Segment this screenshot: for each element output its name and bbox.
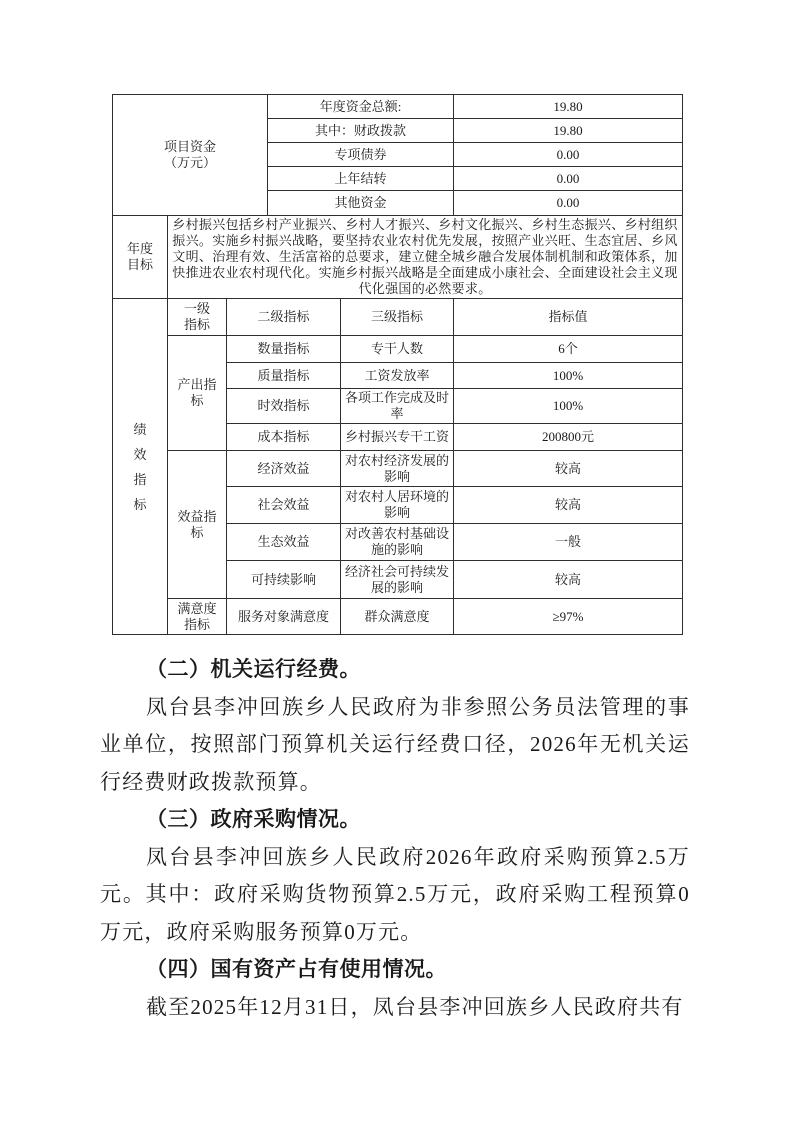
fund-item-value: 0.00 [454, 143, 683, 167]
section-heading-3: （三）政府采购情况。 [100, 801, 690, 839]
performance-label: 绩效指标 [113, 299, 168, 635]
l3-indicator: 对改善农村基础设施的影响 [341, 524, 454, 561]
section-heading-4: （四）国有资产占有使用情况。 [100, 951, 690, 989]
group-label-benefit: 效益指标 [168, 451, 227, 599]
l3-indicator: 专干人数 [341, 336, 454, 363]
document-page: 项目资金 （万元） 年度资金总额: 19.80 其中：财政拨款 19.80 专项… [0, 0, 793, 1122]
perf-header-row: 绩效指标 一级指标 二级指标 三级指标 指标值 [113, 299, 683, 336]
budget-performance-table: 项目资金 （万元） 年度资金总额: 19.80 其中：财政拨款 19.80 专项… [112, 94, 683, 635]
annual-goal-row: 年度目标 乡村振兴包括乡村产业振兴、乡村人才振兴、乡村文化振兴、乡村生态振兴、乡… [113, 216, 683, 299]
fund-item-value: 0.00 [454, 191, 683, 216]
fund-item-label: 专项债券 [268, 143, 454, 167]
project-funds-label: 项目资金 （万元） [113, 95, 268, 216]
l3-indicator: 乡村振兴专干工资 [341, 424, 454, 451]
indicator-value: 200800元 [454, 424, 683, 451]
document-body: （二）机关运行经费。 凤台县李冲回族乡人民政府为非参照公务员法管理的事业单位，按… [100, 651, 690, 1026]
indicator-value: 较高 [454, 487, 683, 524]
indicator-value: ≥97% [454, 599, 683, 635]
header-l1: 一级指标 [168, 299, 227, 336]
fund-item-value: 19.80 [454, 119, 683, 143]
fund-item-label: 上年结转 [268, 167, 454, 191]
l3-indicator: 对农村经济发展的影响 [341, 451, 454, 487]
section-paragraph-4: 截至2025年12月31日，凤台县李冲回族乡人民政府共有 [100, 989, 690, 1027]
l3-indicator: 工资发放率 [341, 363, 454, 389]
l2-indicator: 可持续影响 [227, 561, 341, 599]
fund-item-value: 19.80 [454, 95, 683, 119]
group-label-output: 产出指标 [168, 336, 227, 451]
section-paragraph-2: 凤台县李冲回族乡人民政府为非参照公务员法管理的事业单位，按照部门预算机关运行经费… [100, 689, 690, 802]
perf-row: 产出指标 数量指标 专干人数 6个 [113, 336, 683, 363]
l2-indicator: 时效指标 [227, 389, 341, 424]
header-l2: 二级指标 [227, 299, 341, 336]
header-l3: 三级指标 [341, 299, 454, 336]
section-paragraph-3: 凤台县李冲回族乡人民政府2026年政府采购预算2.5万元。其中：政府采购货物预算… [100, 839, 690, 952]
fund-item-label: 其他资金 [268, 191, 454, 216]
l2-indicator: 生态效益 [227, 524, 341, 561]
fund-item-value: 0.00 [454, 167, 683, 191]
group-label-satisfaction: 满意度指标 [168, 599, 227, 635]
l3-indicator: 各项工作完成及时率 [341, 389, 454, 424]
section-heading-2: （二）机关运行经费。 [100, 651, 690, 689]
indicator-value: 100% [454, 389, 683, 424]
indicator-value: 100% [454, 363, 683, 389]
annual-goal-text: 乡村振兴包括乡村产业振兴、乡村人才振兴、乡村文化振兴、乡村生态振兴、乡村组织振兴… [168, 216, 683, 299]
indicator-value: 较高 [454, 451, 683, 487]
l2-indicator: 经济效益 [227, 451, 341, 487]
indicator-value: 较高 [454, 561, 683, 599]
perf-row: 满意度指标 服务对象满意度 群众满意度 ≥97% [113, 599, 683, 635]
indicator-value: 一般 [454, 524, 683, 561]
indicator-value: 6个 [454, 336, 683, 363]
l2-indicator: 服务对象满意度 [227, 599, 341, 635]
fund-item-label: 年度资金总额: [268, 95, 454, 119]
l2-indicator: 数量指标 [227, 336, 341, 363]
l3-indicator: 对农村人居环境的影响 [341, 487, 454, 524]
annual-goal-label: 年度目标 [113, 216, 168, 299]
fund-row: 项目资金 （万元） 年度资金总额: 19.80 [113, 95, 683, 119]
perf-row: 效益指标 经济效益 对农村经济发展的影响 较高 [113, 451, 683, 487]
l3-indicator: 群众满意度 [341, 599, 454, 635]
l2-indicator: 成本指标 [227, 424, 341, 451]
header-value: 指标值 [454, 299, 683, 336]
l3-indicator: 经济社会可持续发展的影响 [341, 561, 454, 599]
fund-item-label: 其中：财政拨款 [268, 119, 454, 143]
l2-indicator: 社会效益 [227, 487, 341, 524]
l2-indicator: 质量指标 [227, 363, 341, 389]
